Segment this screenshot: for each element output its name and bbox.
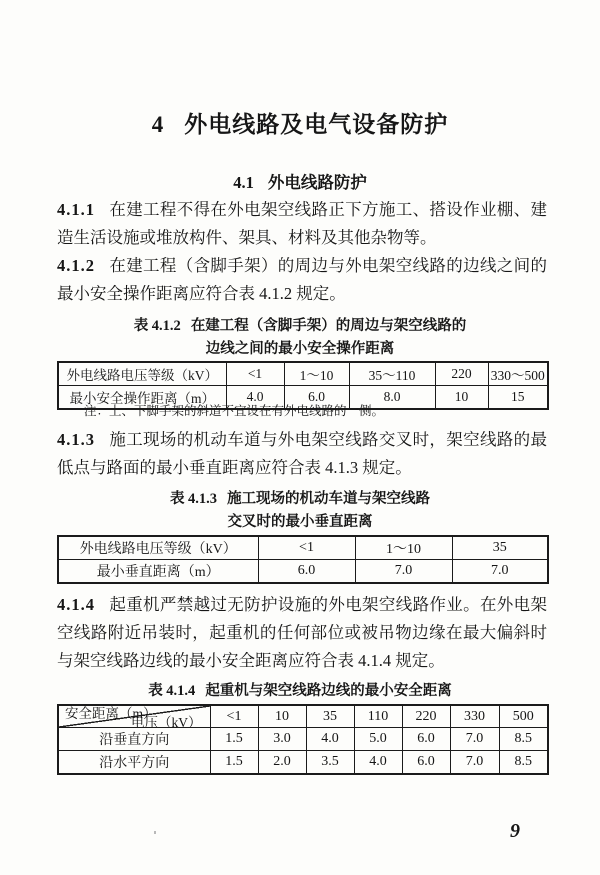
document-page: 4外电线路及电气设备防护 4.1外电线路防护 4.1.1在建工程不得在外电架空线… bbox=[0, 0, 600, 875]
page-number: 9 bbox=[510, 820, 520, 843]
table-row: 外电线路电压等级（kV） <1 1～10 35～110 220 330～500 bbox=[58, 362, 548, 386]
table-cell: 外电线路电压等级（kV） bbox=[58, 536, 258, 560]
clause-number: 4.1.2 bbox=[57, 256, 95, 275]
table-cell: 6.0 bbox=[402, 751, 450, 775]
table-cell: 7.0 bbox=[450, 751, 499, 775]
table-414-caption-number: 表 4.1.4 bbox=[148, 683, 195, 699]
clause-text: 起重机严禁越过无防护设施的外电架空线路作业。在外电架空线路附近吊装时，起重机的任… bbox=[57, 595, 547, 670]
table-cell: <1 bbox=[258, 536, 355, 560]
table-cell: 35 bbox=[306, 705, 354, 728]
table-row: 沿垂直方向 1.5 3.0 4.0 5.0 6.0 7.0 8.5 bbox=[58, 728, 548, 751]
clause-4-1-4: 4.1.4起重机严禁越过无防护设施的外电架空线路作业。在外电架空线路附近吊装时，… bbox=[57, 591, 547, 675]
chapter-title-text: 外电线路及电气设备防护 bbox=[184, 112, 448, 137]
table-414: 电压（kV） 安全距离（m） <1 10 35 110 220 330 500 … bbox=[57, 704, 549, 775]
table-cell: 220 bbox=[402, 705, 450, 728]
table-413-caption-line2: 交叉时的最小垂直距离 bbox=[0, 511, 600, 534]
table-cell: 8.5 bbox=[499, 728, 548, 751]
table-414-caption-line1: 表 4.1.4起重机与架空线路边线的最小安全距离 bbox=[0, 680, 600, 703]
table-413: 外电线路电压等级（kV） <1 1～10 35 最小垂直距离（m） 6.0 7.… bbox=[57, 535, 549, 584]
table-cell: 10 bbox=[258, 705, 306, 728]
table-row: 沿水平方向 1.5 2.0 3.5 4.0 6.0 7.0 8.5 bbox=[58, 751, 548, 775]
table-cell: 7.0 bbox=[450, 728, 499, 751]
table-cell: 35 bbox=[452, 536, 548, 560]
table-cell: 330～500 bbox=[488, 362, 548, 386]
table-cell: 1.5 bbox=[210, 751, 258, 775]
clause-text: 施工现场的机动车道与外电架空线路交叉时，架空线路的最低点与路面的最小垂直距离应符… bbox=[57, 430, 547, 477]
section-title: 4.1外电线路防护 bbox=[0, 169, 600, 193]
table-cell: 220 bbox=[435, 362, 488, 386]
table-cell: 沿水平方向 bbox=[58, 751, 210, 775]
table-413-caption-number: 表 4.1.3 bbox=[170, 491, 217, 507]
table-cell: 1～10 bbox=[284, 362, 349, 386]
table-cell: 4.0 bbox=[306, 728, 354, 751]
scan-artifact-dot bbox=[154, 831, 156, 834]
clause-number: 4.1.3 bbox=[57, 430, 95, 449]
table-cell: <1 bbox=[210, 705, 258, 728]
table-cell: 4.0 bbox=[354, 751, 402, 775]
clause-text: 在建工程（含脚手架）的周边与外电架空线路的边线之间的最小安全操作距离应符合表 4… bbox=[57, 256, 547, 303]
table-cell: 8.5 bbox=[499, 751, 548, 775]
diagonal-header-cell: 电压（kV） 安全距离（m） bbox=[58, 705, 210, 728]
table-header-row: 电压（kV） 安全距离（m） <1 10 35 110 220 330 500 bbox=[58, 705, 548, 728]
clause-4-1-2: 4.1.2在建工程（含脚手架）的周边与外电架空线路的边线之间的最小安全操作距离应… bbox=[57, 252, 547, 308]
section-title-text: 外电线路防护 bbox=[268, 173, 367, 192]
table-412-note: 注：上、下脚手架的斜道不宜设在有外电线路的一侧。 bbox=[84, 403, 554, 420]
clause-4-1-3: 4.1.3施工现场的机动车道与外电架空线路交叉时，架空线路的最低点与路面的最小垂… bbox=[57, 426, 547, 482]
diagonal-bottom-label: 安全距离（m） bbox=[65, 705, 157, 722]
table-412-caption-number: 表 4.1.2 bbox=[134, 318, 181, 334]
table-cell: 最小垂直距离（m） bbox=[58, 560, 258, 584]
table-cell: 6.0 bbox=[258, 560, 355, 584]
clause-text: 在建工程不得在外电架空线路正下方施工、搭设作业棚、建造生活设施或堆放构件、架具、… bbox=[57, 200, 547, 247]
table-cell: 5.0 bbox=[354, 728, 402, 751]
table-row: 最小垂直距离（m） 6.0 7.0 7.0 bbox=[58, 560, 548, 584]
table-cell: 7.0 bbox=[355, 560, 452, 584]
table-cell: 外电线路电压等级（kV） bbox=[58, 362, 226, 386]
table-cell: 110 bbox=[354, 705, 402, 728]
table-cell: 35～110 bbox=[349, 362, 435, 386]
table-cell: 330 bbox=[450, 705, 499, 728]
table-413-caption: 表 4.1.3施工现场的机动车道与架空线路 交叉时的最小垂直距离 bbox=[0, 488, 600, 534]
table-cell: 1.5 bbox=[210, 728, 258, 751]
table-412-caption-line2: 边线之间的最小安全操作距离 bbox=[0, 338, 600, 361]
clause-number: 4.1.1 bbox=[57, 200, 95, 219]
clause-number: 4.1.4 bbox=[57, 595, 95, 614]
table-cell: 6.0 bbox=[402, 728, 450, 751]
table-412-caption: 表 4.1.2在建工程（含脚手架）的周边与架空线路的 边线之间的最小安全操作距离 bbox=[0, 315, 600, 361]
table-row: 外电线路电压等级（kV） <1 1～10 35 bbox=[58, 536, 548, 560]
table-cell: 500 bbox=[499, 705, 548, 728]
table-cell: 7.0 bbox=[452, 560, 548, 584]
table-412-caption-line1: 表 4.1.2在建工程（含脚手架）的周边与架空线路的 bbox=[0, 315, 600, 338]
table-cell: 1～10 bbox=[355, 536, 452, 560]
table-cell: 3.5 bbox=[306, 751, 354, 775]
chapter-title: 4外电线路及电气设备防护 bbox=[0, 106, 600, 139]
table-413-caption-line1: 表 4.1.3施工现场的机动车道与架空线路 bbox=[0, 488, 600, 511]
table-414-caption: 表 4.1.4起重机与架空线路边线的最小安全距离 bbox=[0, 680, 600, 703]
table-cell: 2.0 bbox=[258, 751, 306, 775]
section-number: 4.1 bbox=[233, 173, 254, 192]
table-cell: <1 bbox=[226, 362, 284, 386]
table-cell: 3.0 bbox=[258, 728, 306, 751]
clause-4-1-1: 4.1.1在建工程不得在外电架空线路正下方施工、搭设作业棚、建造生活设施或堆放构… bbox=[57, 196, 547, 252]
table-cell: 沿垂直方向 bbox=[58, 728, 210, 751]
chapter-number: 4 bbox=[152, 112, 165, 137]
